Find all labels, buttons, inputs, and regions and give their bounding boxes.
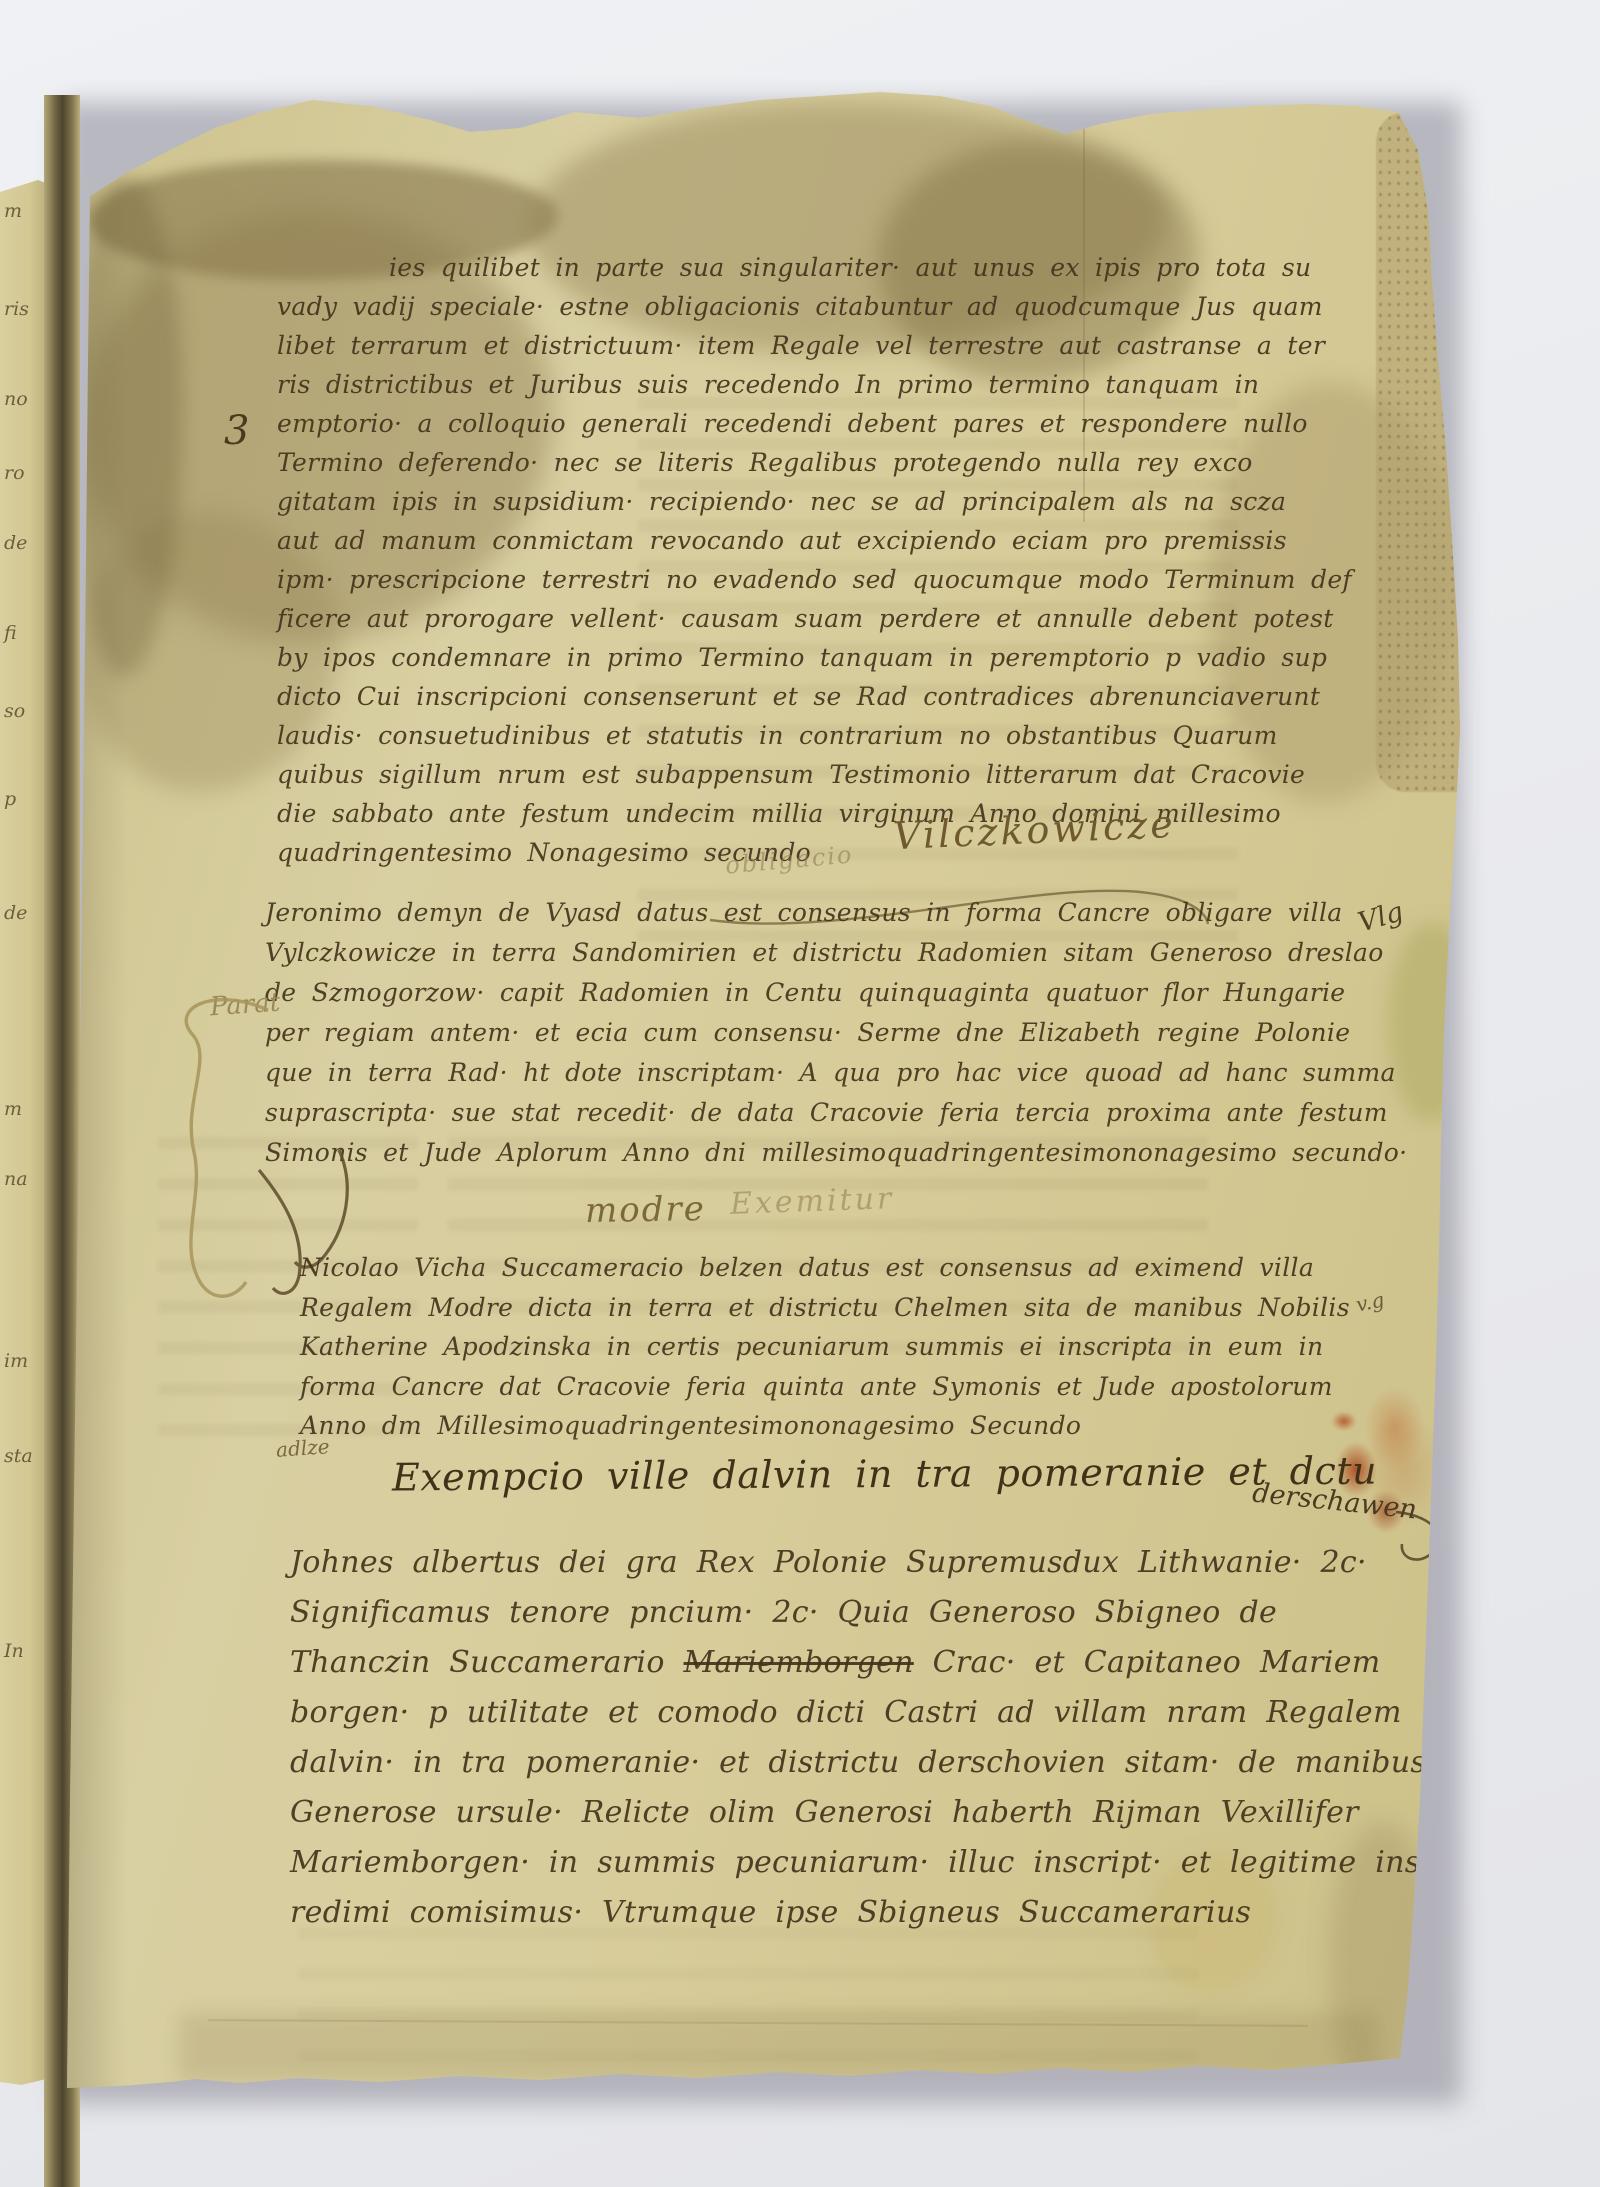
modre-heading-second-word: Exemitur	[729, 1181, 894, 1222]
manuscript-line: ris districtibus et Juribus suis receden…	[277, 365, 1437, 404]
manuscript-line: Significamus tenore pncium· 2c· Quia Gen…	[290, 1588, 1450, 1638]
manuscript-page: 3 ies quilibet in parte sua singulariter…	[58, 82, 1466, 2094]
manuscript-line: ipm· prescripcione terrestri no evadendo…	[277, 560, 1437, 599]
manuscript-line: per regiam antem· et ecia cum consensu· …	[265, 1013, 1445, 1053]
manuscript-line: dicto Cui inscripcioni consenserunt et s…	[277, 677, 1437, 716]
manuscript-line: ficere aut prorogare vellent· causam sua…	[277, 599, 1437, 638]
line-segment: Thanczin Succamerario	[290, 1645, 684, 1680]
manuscript-line: Jeronimo demyn de Vyasd datus est consen…	[265, 893, 1445, 933]
manuscript-line: quadringentesimo Nonagesimo secundo	[277, 833, 1437, 872]
manuscript-line: Regalem Modre dicta in terra et district…	[300, 1288, 1440, 1328]
entry-block-1: ies quilibet in parte sua singulariter· …	[277, 248, 1437, 872]
entry-block-3-modre: Nicolao Vicha Succameracio belzen datus …	[300, 1248, 1440, 1446]
edge-text-fragment: ro	[4, 462, 25, 484]
entry-block-4-royal-letter: Johnes albertus dei gra Rex Polonie Supr…	[290, 1538, 1450, 1938]
manuscript-line: Katherine Apodzinska in certis pecuniaru…	[300, 1327, 1440, 1367]
manuscript-line: die sabbato ante festum undecim millia v…	[277, 794, 1437, 833]
edge-text-fragment: sta	[4, 1445, 33, 1467]
edge-text-fragment: p	[4, 788, 16, 810]
edge-text-fragment: de	[4, 902, 27, 924]
manuscript-line: que in terra Rad· ht dote inscriptam· A …	[265, 1053, 1445, 1093]
edge-text-fragment: ris	[4, 298, 29, 320]
modre-heading: modre	[585, 1189, 707, 1231]
edge-text-fragment: de	[4, 532, 27, 554]
manuscript-line: Nicolao Vicha Succameracio belzen datus …	[300, 1248, 1440, 1288]
edge-text-fragment: im	[4, 1350, 28, 1372]
manuscript-line: redimi comisimus· Vtrumque ipse Sbigneus…	[290, 1888, 1450, 1938]
manuscript-line: suprascripta· sue stat recedit· de data …	[265, 1093, 1445, 1133]
manuscript-line: forma Cancre dat Cracovie feria quinta a…	[300, 1367, 1440, 1407]
manuscript-line: quibus sigillum nrum est subappensum Tes…	[277, 755, 1437, 794]
manuscript-line: gitatam ipis in supsidium· recipiendo· n…	[277, 482, 1437, 521]
edge-text-fragment: m	[4, 1098, 22, 1120]
manuscript-line: de Szmogorzow· capit Radomien in Centu q…	[265, 973, 1445, 1013]
edge-text-fragment: In	[4, 1640, 24, 1662]
struck-word: Mariemborgen	[684, 1645, 914, 1680]
manuscript-line: Mariemborgen· in summis pecuniarum· illu…	[290, 1838, 1450, 1888]
manuscript-line: Termino deferendo· nec se literis Regali…	[277, 443, 1437, 482]
folio-number: 3	[224, 408, 249, 454]
photographed-manuscript-scene: m ris no ro de fi so p de m na im sta In	[0, 0, 1600, 2187]
manuscript-line: Johnes albertus dei gra Rex Polonie Supr…	[290, 1538, 1450, 1588]
manuscript-line: Anno dm Millesimoquadringentesimononages…	[300, 1406, 1440, 1446]
exempcio-section-heading: Exempcio ville dalvin in tra pomeranie e…	[392, 1449, 1377, 1500]
pre-heading-margin-note: adlze	[275, 1434, 330, 1462]
manuscript-line: Generose ursule· Relicte olim Generosi h…	[290, 1788, 1450, 1838]
line-segment: Crac· et Capitaneo Mariem	[914, 1645, 1381, 1680]
manuscript-line: emptorio· a colloquio generali recedendi…	[277, 404, 1437, 443]
edge-text-fragment: na	[4, 1168, 28, 1190]
manuscript-line: by ipos condemnare in primo Termino tanq…	[277, 638, 1437, 677]
manuscript-line: ies quilibet in parte sua singulariter· …	[277, 248, 1437, 287]
edge-text-fragment: fi	[4, 622, 17, 644]
manuscript-line-with-deletion: Thanczin Succamerario Mariemborgen Crac·…	[290, 1638, 1450, 1688]
manuscript-line: laudis· consuetudinibus et statutis in c…	[277, 716, 1437, 755]
manuscript-line: aut ad manum conmictam revocando aut exc…	[277, 521, 1437, 560]
entry-block-2-obligacio: Jeronimo demyn de Vyasd datus est consen…	[265, 893, 1445, 1173]
edge-text-fragment: so	[4, 700, 25, 722]
edge-text-fragment: m	[4, 200, 22, 222]
manuscript-line: dalvin· in tra pomeranie· et districtu d…	[290, 1738, 1450, 1788]
edge-text-fragment: no	[4, 388, 28, 410]
manuscript-line: Simonis et Jude Aplorum Anno dni millesi…	[265, 1133, 1445, 1173]
manuscript-line: borgen· p utilitate et comodo dicti Cast…	[290, 1688, 1450, 1738]
manuscript-line: vady vadij speciale· estne obligacionis …	[277, 287, 1437, 326]
manuscript-line: Vylczkowicze in terra Sandomirien et dis…	[265, 933, 1445, 973]
manuscript-line: libet terrarum et districtuum· item Rega…	[277, 326, 1437, 365]
